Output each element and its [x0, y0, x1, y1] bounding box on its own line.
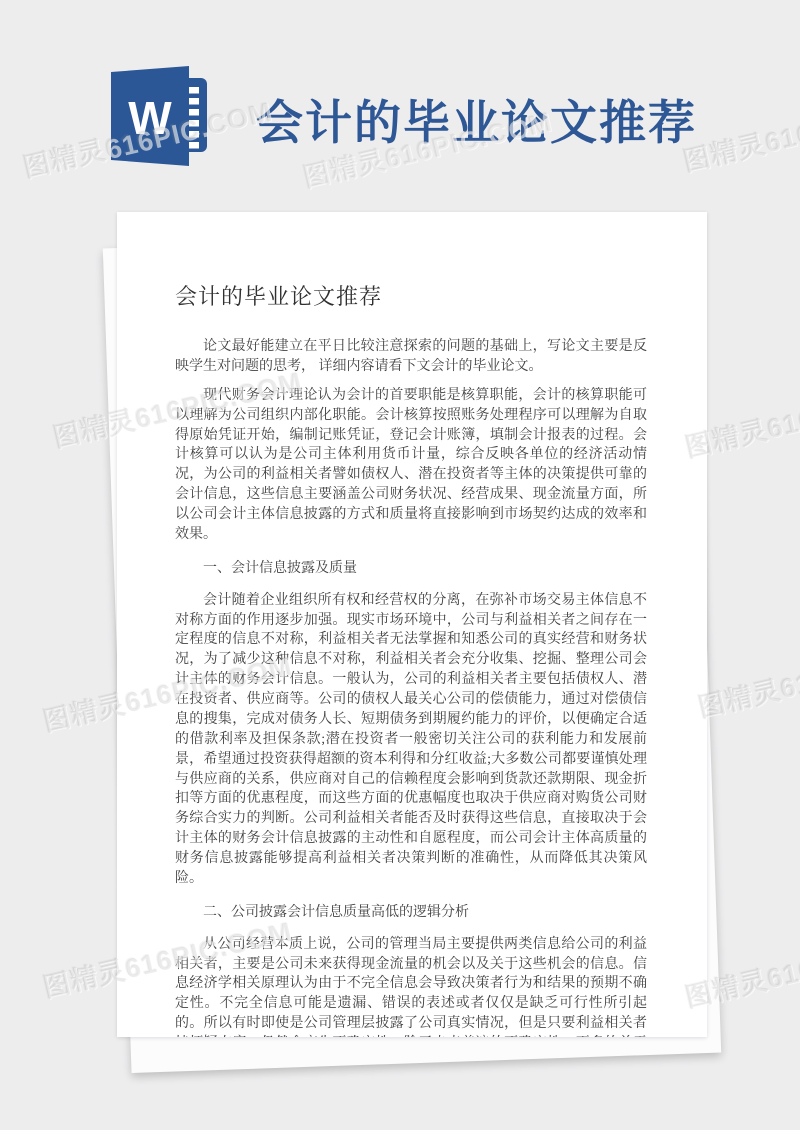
watermark: 图精灵616PIC.COM — [694, 630, 800, 725]
doc-title: 会计的毕业论文推荐 — [175, 280, 647, 311]
doc-heading-1: 一、会计信息披露及质量 — [175, 559, 647, 579]
document-page: 会计的毕业论文推荐 论文最好能建立在平日比较注意探索的问题的基础上，写论文主要是… — [117, 212, 707, 1037]
header: W 会计的毕业论文推荐 — [0, 0, 800, 200]
document-stack: 会计的毕业论文推荐 论文最好能建立在平日比较注意探索的问题的基础上，写论文主要是… — [117, 212, 707, 1037]
screenshot-root: { "header": { "title": "会计的毕业论文推荐", "ico… — [0, 0, 800, 1130]
svg-text:W: W — [128, 92, 172, 144]
doc-paragraph-section1: 会计随着企业组织所有权和经营权的分离，在弥补市场交易主体信息不对称方面的作用逐步… — [175, 591, 647, 889]
doc-heading-2: 二、公司披露会计信息质量高低的逻辑分析 — [175, 903, 647, 923]
word-icon-svg: W — [110, 66, 218, 166]
doc-paragraph-intro: 论文最好能建立在平日比较注意探索的问题的基础上，写论文主要是反映学生对问题的思考… — [175, 337, 647, 377]
doc-body: 论文最好能建立在平日比较注意探索的问题的基础上，写论文主要是反映学生对问题的思考… — [175, 337, 647, 1037]
doc-paragraph-section2: 从公司经营本质上说，公司的管理当局主要提供两类信息给公司的利益相关者，主要是公司… — [175, 935, 647, 1037]
word-icon: W — [110, 66, 218, 166]
page-title: 会计的毕业论文推荐 — [256, 86, 697, 153]
doc-paragraph-body1: 现代财务会计理论认为会计的首要职能是核算职能，会计的核算职能可以理解为公司组织内… — [175, 386, 647, 545]
